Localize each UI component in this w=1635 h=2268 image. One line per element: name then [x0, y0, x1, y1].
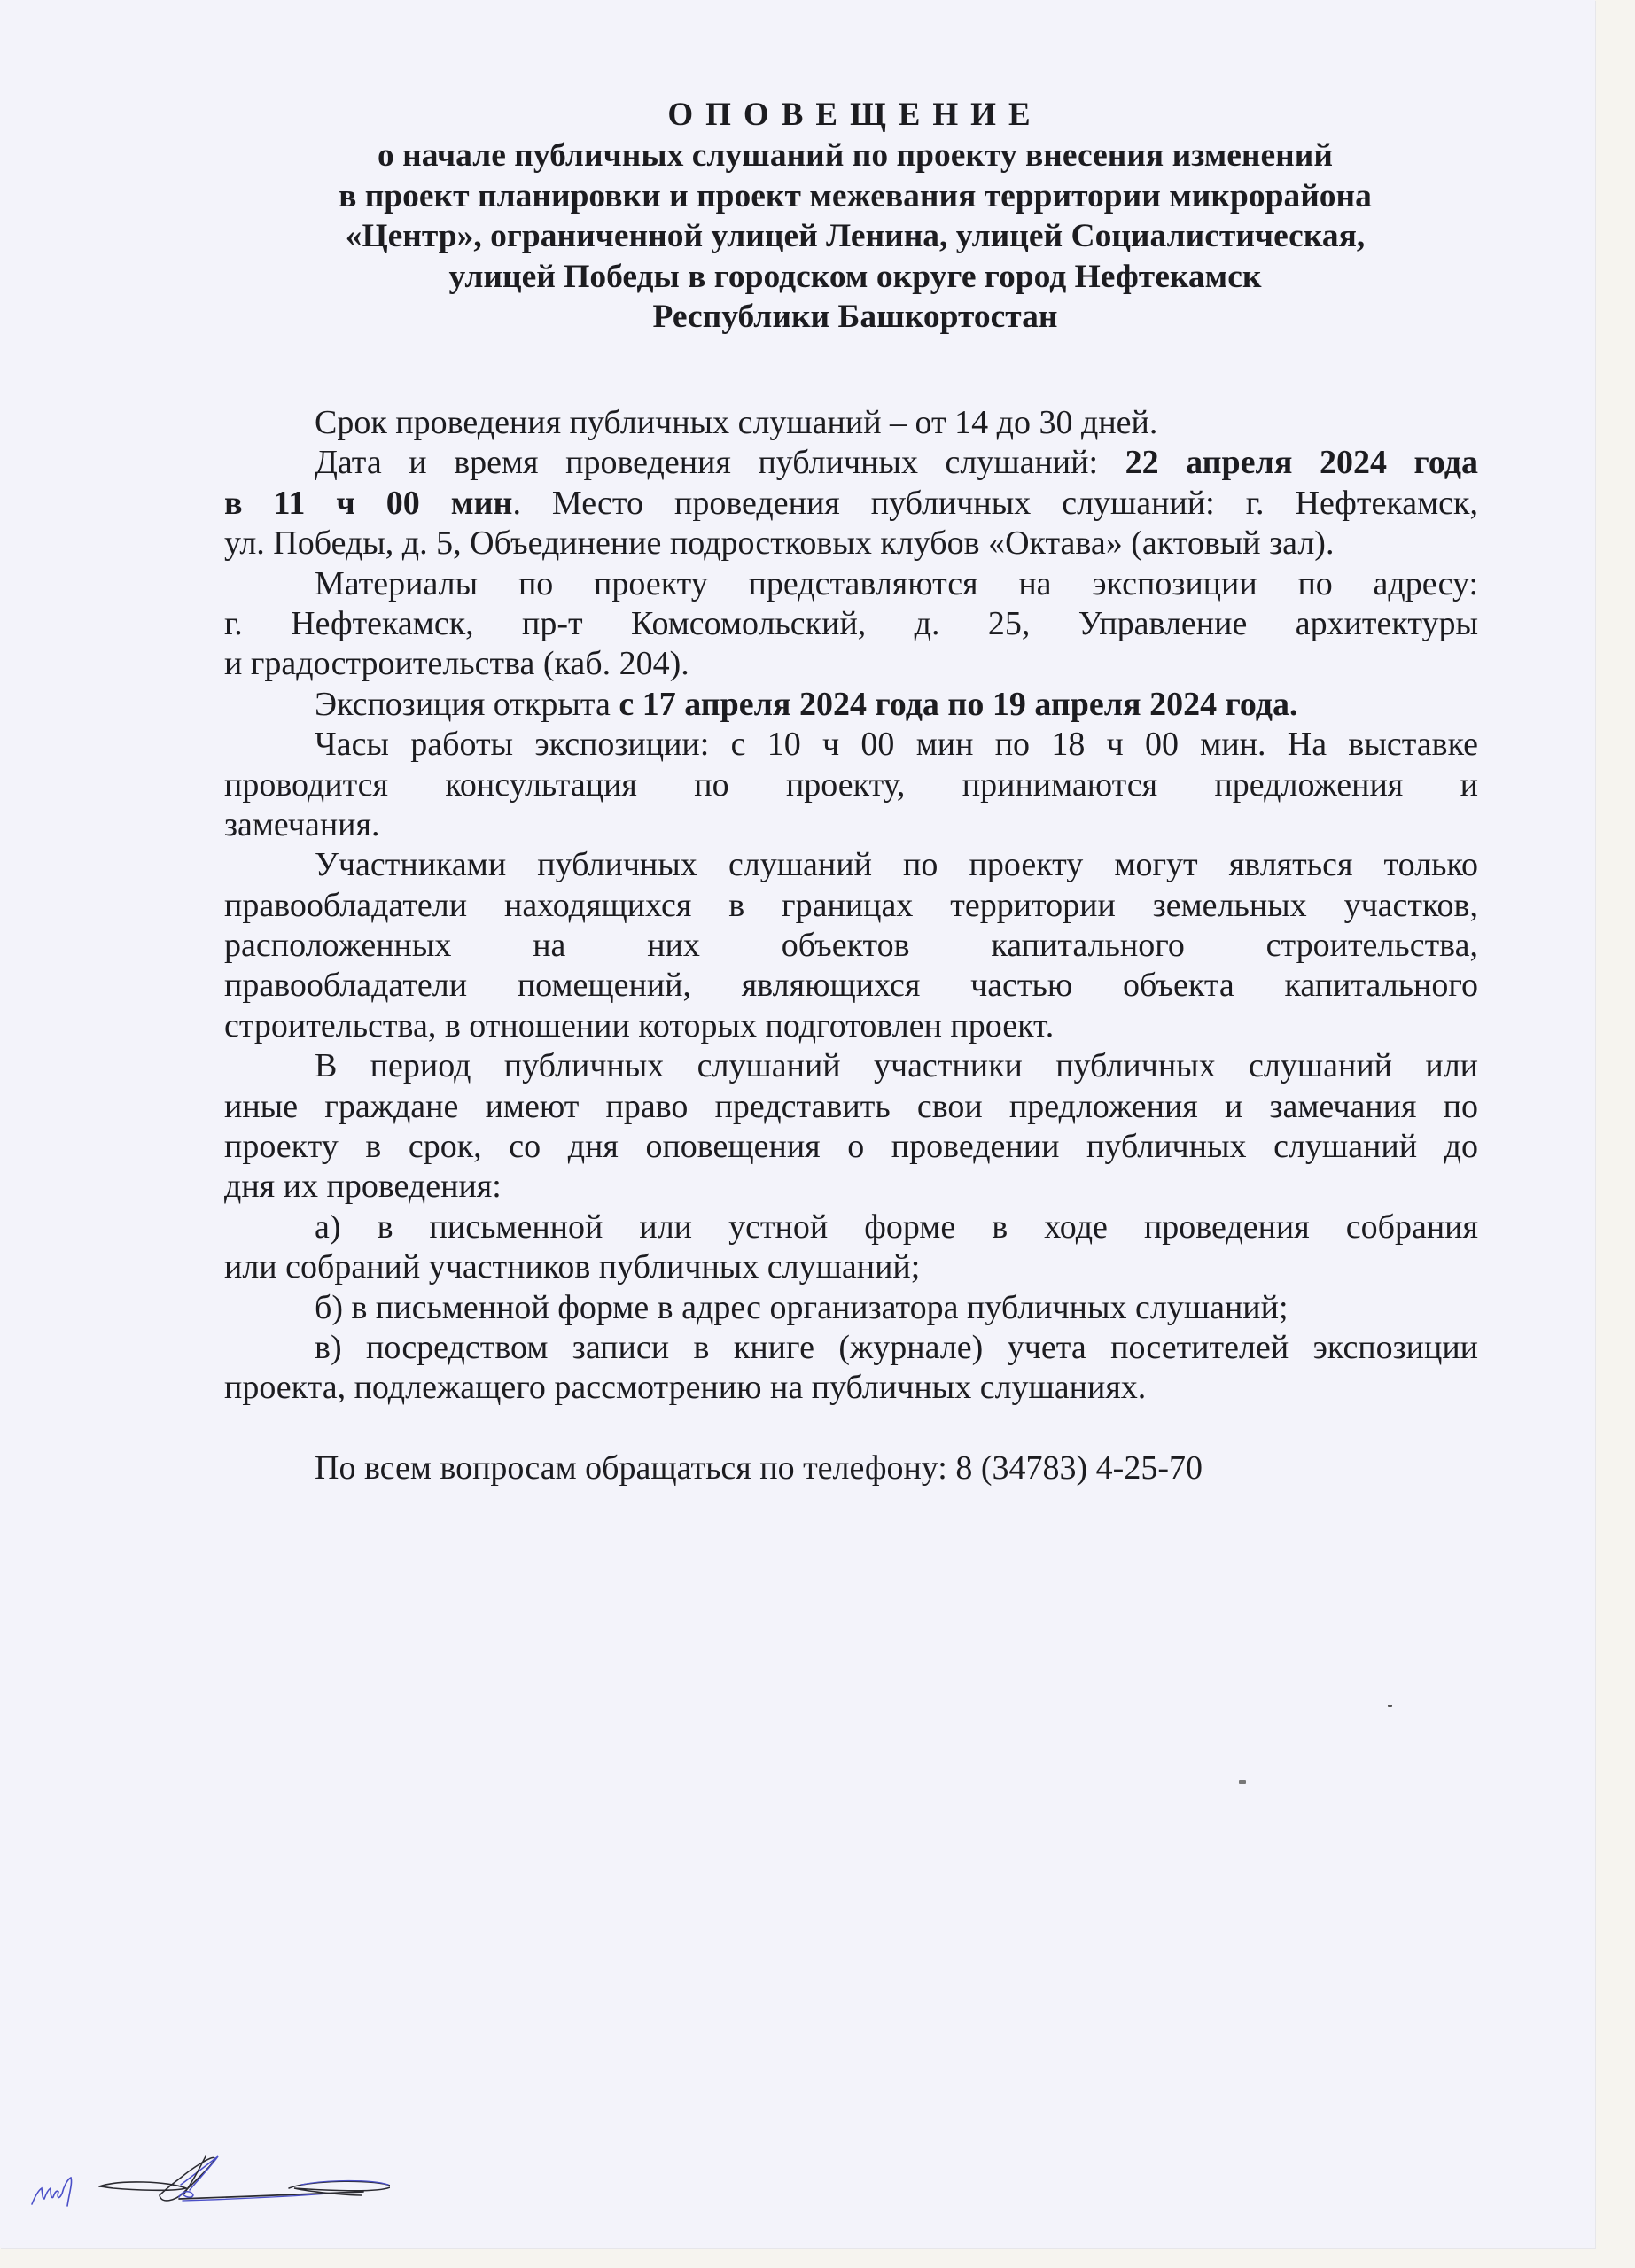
list-item-c: в) посредством записи в книге (журнале) … [224, 1328, 1478, 1409]
text-line: дня их проведения: [224, 1167, 1478, 1207]
text-line: расположенных на них объектов капитально… [224, 926, 1478, 966]
subtitle-line: Республики Башкортостан [204, 297, 1507, 338]
handwritten-signature [18, 2153, 390, 2215]
text-line: Часы работы экспозиции: с 10 ч 00 мин по… [224, 725, 1478, 765]
list-item-a: а) в письменной или устной форме в ходе … [224, 1208, 1478, 1288]
text-line: правообладатели находящихся в границах т… [224, 886, 1478, 926]
exposition-dates: с 17 апреля 2024 года по 19 апреля 2024 … [619, 686, 1289, 723]
paragraph-proposals: В период публичных слушаний участники пу… [224, 1046, 1478, 1208]
text-line: Материалы по проекту представляются на э… [224, 564, 1478, 604]
paragraph-term: Срок проведения публичных слушаний – от … [224, 403, 1478, 443]
document-page: ОПОВЕЩЕНИЕ о начале публичных слушаний п… [0, 0, 1595, 2248]
paragraph-exposition: Экспозиция открыта с 17 апреля 2024 года… [224, 685, 1478, 725]
subtitle-line: улицей Победы в городском округе город Н… [204, 257, 1507, 298]
initials-mark [32, 2178, 72, 2206]
scan-speck [1388, 1705, 1392, 1707]
text-line: В период публичных слушаний участники пу… [224, 1046, 1478, 1086]
text-line: Срок проведения публичных слушаний – от … [224, 403, 1478, 443]
subtitle-line: «Центр», ограниченной улицей Ленина, ули… [204, 216, 1507, 257]
text-span: Дата и время проведения публичных слушан… [315, 444, 1125, 481]
text-span: . Место проведения публичных слушаний: г… [512, 485, 1478, 522]
text-line: а) в письменной или устной форме в ходе … [224, 1208, 1478, 1247]
text-line: иные граждане имеют право представить св… [224, 1087, 1478, 1127]
subtitle-line: в проект планировки и проект межевания т… [204, 176, 1507, 217]
paragraph-datetime: Дата и время проведения публичных слушан… [224, 443, 1478, 563]
text-line: замечания. [224, 805, 1478, 845]
text-line: или собраний участников публичных слушан… [224, 1247, 1478, 1287]
paragraph-materials: Материалы по проекту представляются на э… [224, 564, 1478, 685]
text-line: Экспозиция открыта с 17 апреля 2024 года… [224, 685, 1478, 725]
scan-speck [1239, 1780, 1246, 1784]
text-line: строительства, в отношении которых подго… [224, 1006, 1478, 1046]
text-line: правообладатели помещений, являющихся ча… [224, 966, 1478, 1006]
spacer [224, 1409, 1478, 1449]
text-line: проекту в срок, со дня оповещения о пров… [224, 1127, 1478, 1167]
text-line: проекта, подлежащего рассмотрению на пуб… [224, 1368, 1478, 1408]
text-line: г. Нефтекамск, пр-т Комсомольский, д. 25… [224, 604, 1478, 644]
document-body: Срок проведения публичных слушаний – от … [224, 403, 1478, 1489]
contact-phone-line: По всем вопросам обращаться по телефону:… [224, 1449, 1478, 1488]
text-line: Участниками публичных слушаний по проект… [224, 845, 1478, 885]
list-item-b: б) в письменной форме в адрес организато… [224, 1288, 1478, 1328]
paragraph-hours: Часы работы экспозиции: с 10 ч 00 мин по… [224, 725, 1478, 845]
text-span: . [1289, 686, 1298, 723]
text-line: Дата и время проведения публичных слушан… [224, 443, 1478, 483]
subtitle-line: о начале публичных слушаний по проекту в… [204, 136, 1507, 176]
text-line: в 11 ч 00 мин. Место проведения публичны… [224, 484, 1478, 524]
document-subtitle: о начале публичных слушаний по проекту в… [204, 136, 1507, 338]
text-line: ул. Победы, д. 5, Объединение подростков… [224, 524, 1478, 563]
hearing-time: в 11 ч 00 мин [224, 485, 512, 522]
text-line: в) посредством записи в книге (журнале) … [224, 1328, 1478, 1368]
text-span: Экспозиция открыта [315, 686, 619, 723]
paragraph-contact: По всем вопросам обращаться по телефону:… [224, 1449, 1478, 1488]
text-line: и градостроительства (каб. 204). [224, 644, 1478, 684]
text-line: б) в письменной форме в адрес организато… [224, 1288, 1478, 1328]
text-line: проводится консультация по проекту, прин… [224, 765, 1478, 805]
hearing-date: 22 апреля 2024 года [1125, 444, 1478, 481]
document-title: ОПОВЕЩЕНИЕ [0, 96, 1635, 135]
paragraph-participants: Участниками публичных слушаний по проект… [224, 845, 1478, 1046]
